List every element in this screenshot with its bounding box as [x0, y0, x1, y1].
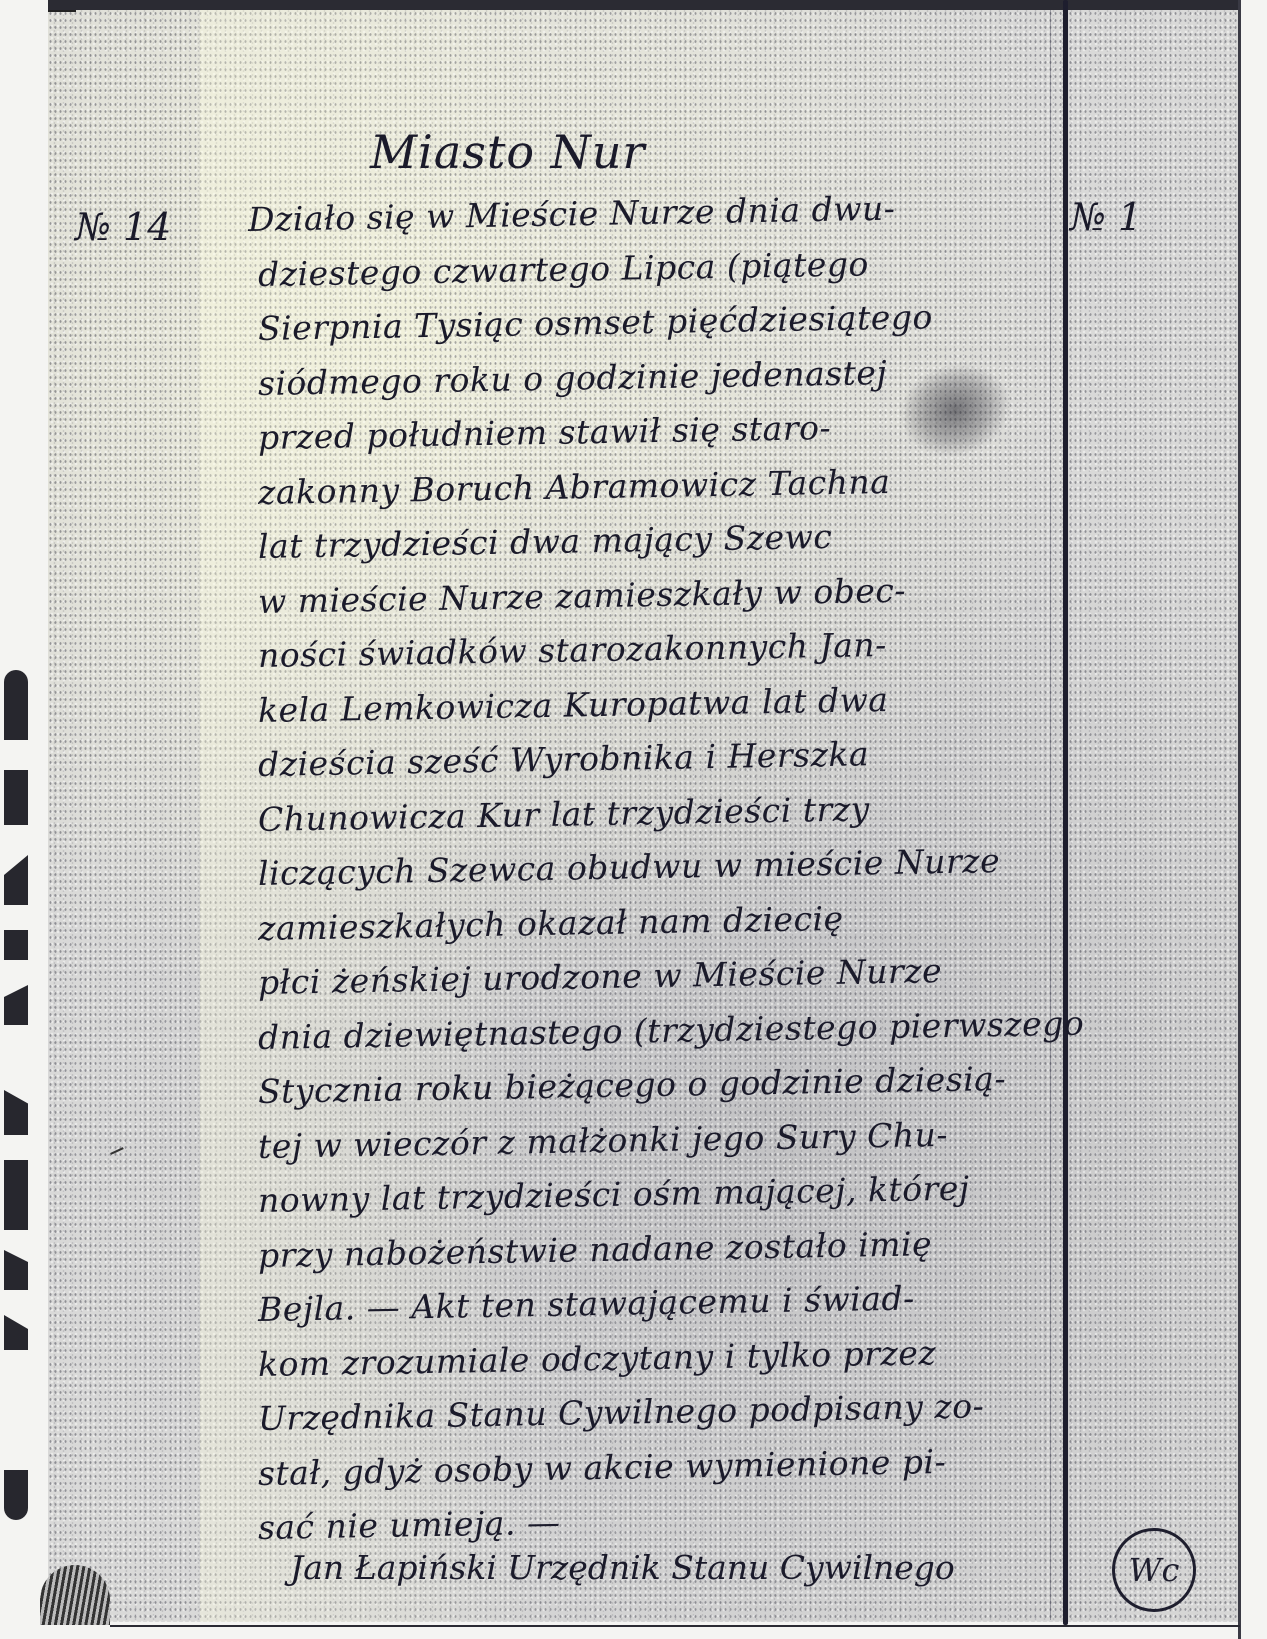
- registrar-signature: Jan Łapiński Urzędnik Stanu Cywilnego: [290, 1548, 955, 1587]
- column-divider: [1063, 0, 1068, 1625]
- binder-edge: [4, 670, 28, 1490]
- bottom-border: [110, 1625, 1240, 1627]
- stamp: Wc: [1112, 1528, 1196, 1612]
- document-heading: Miasto Nur: [370, 125, 646, 179]
- right-border: [1238, 0, 1241, 1639]
- margin-rule: [1050, 10, 1051, 1620]
- record-line: sać nie umieją. —: [258, 1503, 561, 1547]
- entry-number-left: № 14: [75, 205, 171, 249]
- entry-number-right: № 1: [1070, 195, 1142, 239]
- stamp-text: Wc: [1129, 1551, 1180, 1589]
